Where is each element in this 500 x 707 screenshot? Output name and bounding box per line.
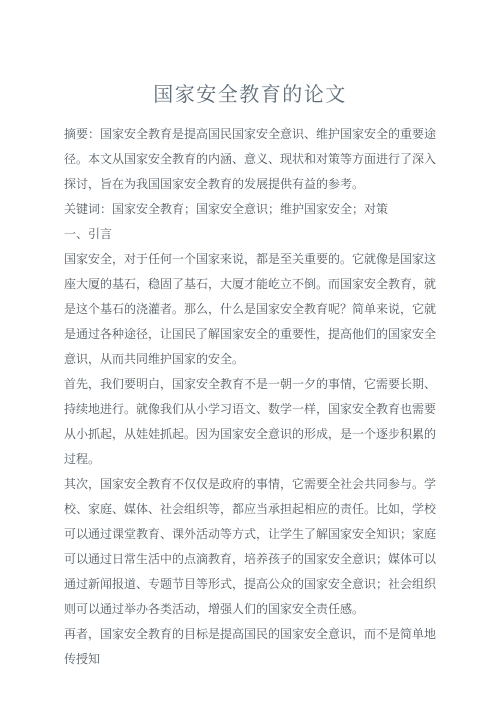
keywords-paragraph: 关键词：国家安全教育；国家安全意识；维护国家安全；对策 bbox=[64, 197, 436, 222]
body-paragraph: 其次，国家安全教育不仅仅是政府的事情，它需要全社会共同参与。学校、家庭、媒体、社… bbox=[64, 472, 436, 622]
body-paragraph-truncated: 再者，国家安全教育的目标是提高国民的国家安全意识，而不是简单地传授知 bbox=[64, 622, 436, 672]
document-page: 国家安全教育的论文 摘要：国家安全教育是提高国民国家安全意识、维护国家安全的重要… bbox=[0, 0, 500, 707]
section-heading-introduction: 一、引言 bbox=[64, 222, 436, 247]
body-paragraph: 首先，我们要明白，国家安全教育不是一朝一夕的事情，它需要长期、持续地进行。就像我… bbox=[64, 372, 436, 472]
body-paragraph: 国家安全，对于任何一个国家来说，都是至关重要的。它就像是国家这座大厦的基石，稳固… bbox=[64, 247, 436, 372]
document-title: 国家安全教育的论文 bbox=[64, 82, 436, 108]
document-body: 摘要：国家安全教育是提高国民国家安全意识、维护国家安全的重要途径。本文从国家安全… bbox=[64, 122, 436, 672]
abstract-paragraph: 摘要：国家安全教育是提高国民国家安全意识、维护国家安全的重要途径。本文从国家安全… bbox=[64, 122, 436, 197]
